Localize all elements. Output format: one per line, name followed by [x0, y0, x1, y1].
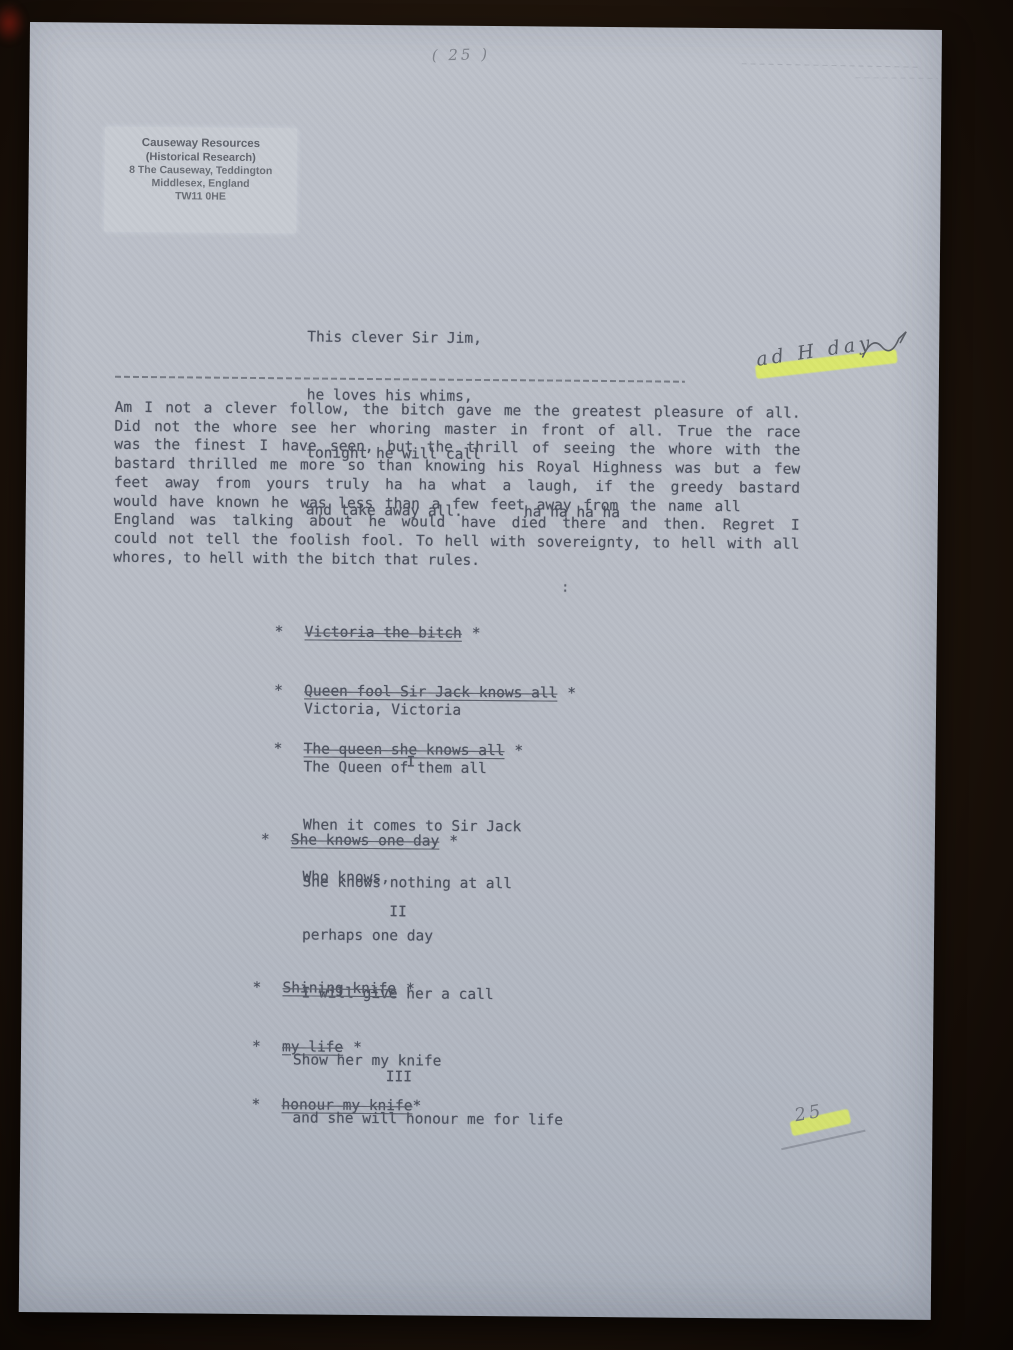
- struck-text: Shining knife: [283, 980, 397, 997]
- asterisk-marker: *: [406, 981, 415, 997]
- causeway-resources-stamp: Causeway Resources (Historical Research)…: [104, 127, 297, 234]
- page-number-top-annotation: ( 25 ): [432, 45, 491, 65]
- handwriting-flourish: [858, 327, 913, 365]
- stray-colon-mark: :: [561, 581, 570, 595]
- asterisk-marker: *: [261, 831, 273, 851]
- stamp-line: TW11 0HE: [108, 190, 292, 205]
- asterisk-marker: *: [472, 626, 481, 642]
- asterisk-marker: *: [251, 1096, 263, 1116]
- asterisk-marker: *: [252, 979, 264, 999]
- highlighted-handwritten-note: ad H day: [750, 319, 936, 403]
- asterisk-marker: *: [252, 1037, 264, 1057]
- faint-pencil-line: [742, 63, 920, 67]
- section-numeral-3: III: [386, 1069, 412, 1085]
- section-numeral-2: II: [389, 904, 407, 920]
- letter-paragraph: Am I not a clever follow, the bitch gave…: [113, 399, 800, 573]
- asterisk-marker: *: [275, 623, 287, 643]
- letter-page: ( 25 ) Causeway Resources (Historical Re…: [19, 22, 942, 1320]
- strike-line: *Shining knife*: [252, 979, 422, 1000]
- verse-line: Victoria, Victoria: [304, 701, 522, 722]
- strike-line: *Victoria the bitch*: [275, 623, 577, 645]
- struck-text: Victoria the bitch: [305, 624, 462, 641]
- poem-line: This clever Sir Jim,: [307, 329, 621, 351]
- asterisk-marker: *: [274, 740, 286, 760]
- verse-line: Show her my knife: [293, 1052, 564, 1074]
- section-numeral-1: I: [406, 754, 415, 770]
- asterisk-marker: *: [567, 685, 576, 701]
- verse-line: and she will honour me for life: [292, 1109, 563, 1131]
- asterisk-marker: *: [274, 682, 286, 702]
- show-knife-verse: Show her my knife and she will honour me…: [292, 1013, 564, 1169]
- page-number-bottom-annotation: 25: [780, 1095, 891, 1166]
- faint-pencil-line: [856, 77, 938, 79]
- photo-corner-smudge: [0, 2, 26, 44]
- verse-line: Who knows,: [302, 869, 494, 890]
